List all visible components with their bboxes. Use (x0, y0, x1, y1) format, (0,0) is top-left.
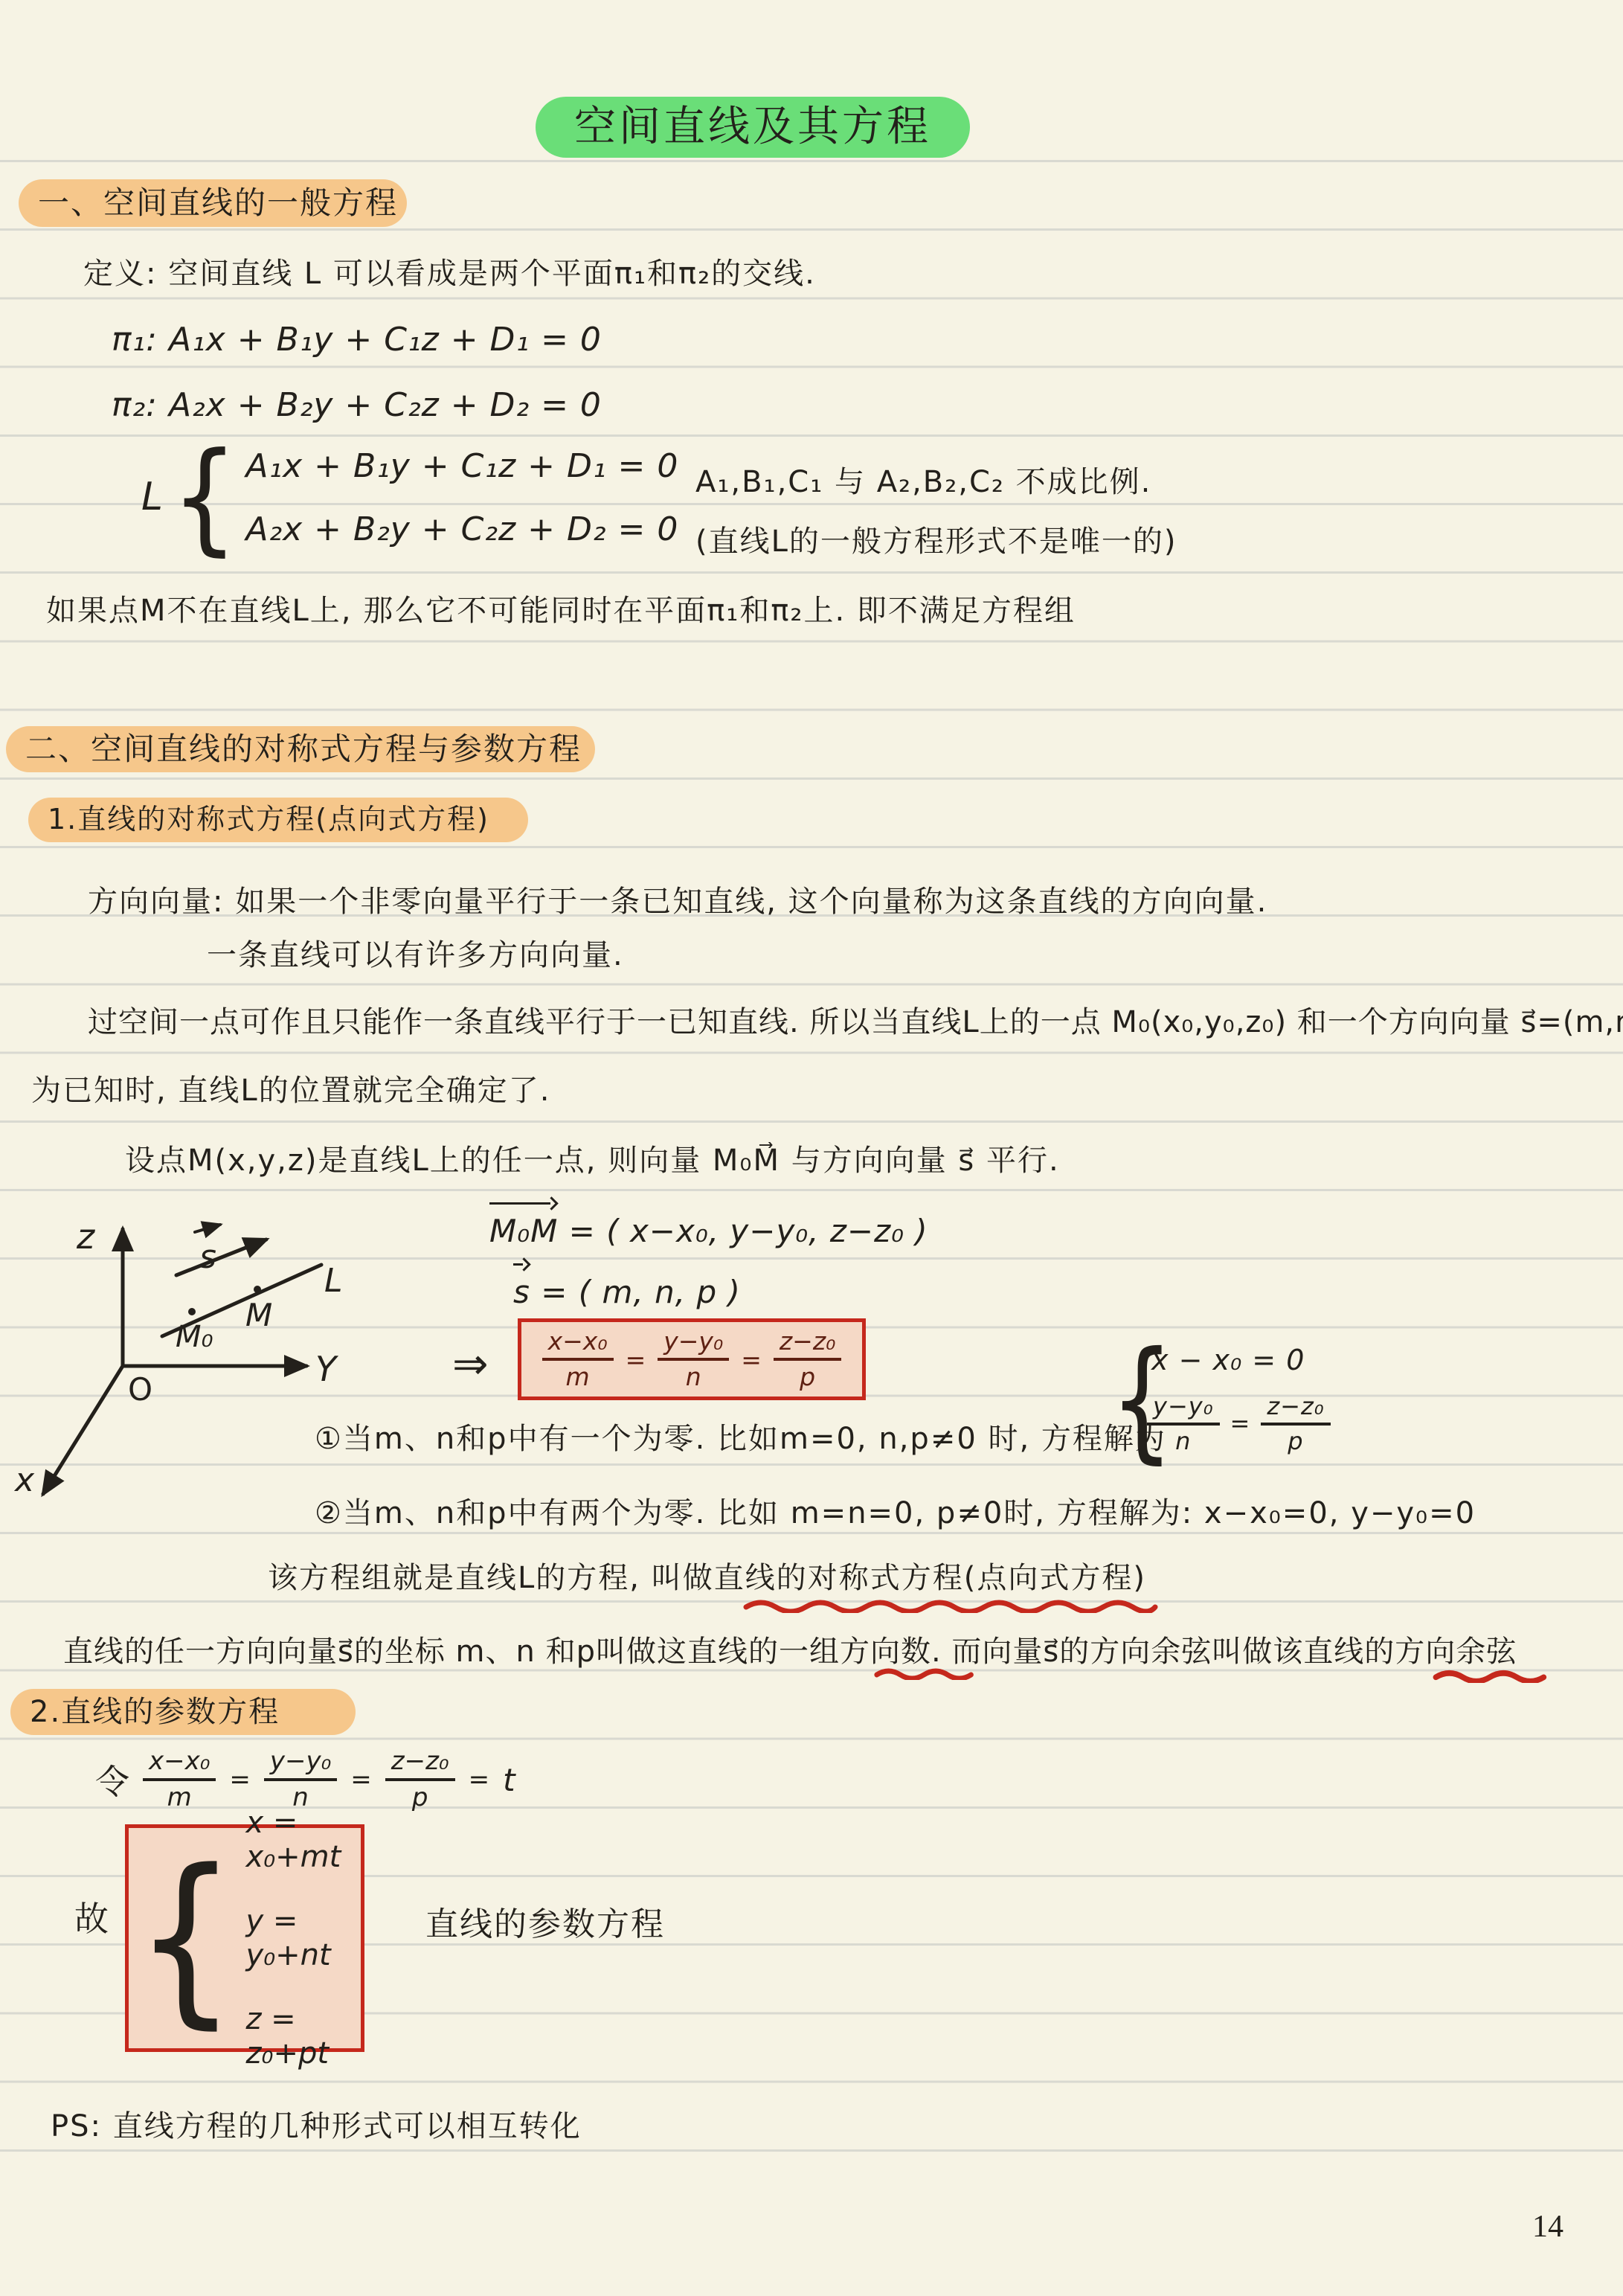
system-eq2: A₂x + B₂y + C₂z + D₂ = 0 (245, 510, 678, 548)
section2-heading-highlight: 二、空间直线的对称式方程与参数方程 (6, 726, 595, 772)
point-M0-label: M₀ (176, 1320, 213, 1354)
section1-heading-highlight: 一、空间直线的一般方程 (19, 179, 407, 227)
m0m-vector-components: = ( x−x₀, y−y₀, z−z₀ ) (569, 1213, 928, 1249)
frac-z-num: z−z₀ (774, 1327, 842, 1361)
x-axis (43, 1366, 123, 1494)
wavy-underline-dirnum (873, 1665, 977, 1680)
wavy-underline-cosine (1432, 1667, 1551, 1683)
direction-numbers-line: 直线的任一方向向量s⃗的坐标 m、n 和p叫做这直线的一组方向数. 而向量s⃗的… (63, 1632, 1517, 1671)
para-set-point: 设点M(x,y,z)是直线L上的任一点, 则向量 M₀M⃗ 与方向向量 s⃗ 平… (125, 1141, 1060, 1180)
page-number: 14 (1532, 2207, 1563, 2248)
s-vector: s (513, 1272, 530, 1313)
hence-label: 故 (74, 1897, 110, 1942)
frac-y-num: y−y₀ (658, 1327, 729, 1361)
equals-sign: = (469, 1765, 490, 1795)
implies-arrow: ⇒ (452, 1336, 490, 1392)
equals-sign: = (229, 1765, 251, 1795)
parametric-caption: 直线的参数方程 (425, 1903, 665, 1946)
parametric-brace: { (135, 1846, 237, 2030)
conclusion-line: 该方程组就是直线L的方程, 叫做直线的对称式方程(点向式方程) (268, 1559, 1146, 1597)
vector-s-arrow (176, 1240, 266, 1275)
point-M-label: M (245, 1297, 272, 1333)
axes-diagram: z s L M M₀ Y O x (0, 1190, 521, 1510)
section1-heading: 一、空间直线的一般方程 (38, 183, 398, 224)
ps-line: PS: 直线方程的几种形式可以相互转化 (51, 2107, 582, 2146)
s-vector-text: s (513, 1274, 530, 1310)
frac-y: y−y₀n (658, 1327, 729, 1391)
origin-label: O (128, 1371, 152, 1408)
plane2-equation: π₂: A₂x + B₂y + C₂z + D₂ = 0 (112, 384, 602, 426)
s-label-arrow (195, 1225, 220, 1232)
general-equation-system: L { A₁x + B₁y + C₁z + D₁ = 0 A₂x + B₂y +… (141, 445, 678, 551)
equals-sign: = (350, 1765, 372, 1795)
z-axis-label: z (76, 1216, 95, 1257)
parameter-t: t (503, 1762, 515, 1798)
case1-frac-z-num: z−z₀ (1261, 1393, 1330, 1426)
para-many-vectors: 一条直线可以有许多方向向量. (207, 936, 624, 975)
system-eq1: A₁x + B₁y + C₁z + D₁ = 0 (245, 447, 678, 485)
let-frac-z: z−z₀p (385, 1747, 455, 1812)
parametric-equations: x = x₀+mt y = y₀+nt z = z₀+pt (245, 1806, 361, 2071)
notes-page: 空间直线及其方程 一、空间直线的一般方程 定义: 空间直线 L 可以看成是两个平… (0, 0, 1623, 2296)
let-equation-line: 令 x−x₀m = y−y₀n = z−z₀p = t (95, 1747, 515, 1812)
system-brace: { (171, 437, 238, 558)
parametric-equation-box: { x = x₀+mt y = y₀+nt z = z₀+pt (125, 1824, 364, 2052)
let-frac-x-den: m (167, 1781, 192, 1812)
symmetric-equation-box: x−x₀m = y−y₀n = z−z₀p (518, 1318, 866, 1400)
definition-line: 定义: 空间直线 L 可以看成是两个平面π₁和π₂的交线. (83, 254, 816, 293)
para-through-point: 过空间一点可作且只能作一条直线平行于一已知直线. 所以当直线L上的一点 M₀(x… (88, 1003, 1623, 1042)
para-known: 为已知时, 直线L的位置就完全确定了. (31, 1071, 550, 1110)
frac-x-den: m (566, 1361, 590, 1391)
param-eq-z: z = z₀+pt (245, 2002, 361, 2071)
let-frac-x: x−x₀m (143, 1747, 216, 1812)
point-M0 (188, 1308, 196, 1315)
plane1-equation: π₁: A₁x + B₁y + C₁z + D₁ = 0 (112, 318, 602, 361)
s-vector-components: = ( m, n, p ) (541, 1274, 741, 1310)
y-axis-label: Y (315, 1349, 339, 1389)
wavy-underline-symmetric (742, 1597, 1159, 1613)
let-frac-y: y−y₀n (264, 1747, 337, 1812)
let-frac-z-num: z−z₀ (385, 1747, 455, 1781)
system-equations: A₁x + B₁y + C₁z + D₁ = 0 A₂x + B₂y + C₂z… (245, 447, 678, 548)
param-eq-x: x = x₀+mt (245, 1806, 361, 1874)
subsection2-heading-highlight: 2.直线的参数方程 (10, 1689, 356, 1735)
line-L-label: L (324, 1262, 343, 1300)
case1-line: ①当m、n和p中有一个为零. 比如m=0, n,p≠0 时, 方程解为 (315, 1420, 1166, 1458)
m0m-vector: M₀M (489, 1211, 558, 1252)
note-ratio: A₁,B₁,C₁ 与 A₂,B₂,C₂ 不成比例. (695, 463, 1151, 501)
frac-y-den: n (686, 1361, 701, 1391)
let-frac-x-num: x−x₀ (143, 1747, 216, 1781)
equals-sign: = (1230, 1408, 1251, 1440)
note-unique: (直线L的一般方程形式不是唯一的) (695, 522, 1177, 561)
subsection1-heading: 1.直线的对称式方程(点向式方程) (48, 801, 489, 838)
case1-frac-y: y−y₀n (1147, 1393, 1220, 1455)
case1-frac-z-den: p (1288, 1426, 1303, 1455)
case1-frac-y-den: n (1175, 1426, 1191, 1455)
case1-frac-equation: y−y₀n = z−z₀p (1147, 1393, 1331, 1455)
point-M (254, 1286, 261, 1293)
remark-line: 如果点M不在直线L上, 那么它不可能同时在平面π₁和π₂上. 即不满足方程组 (46, 591, 1076, 630)
param-eq-y: y = y₀+nt (245, 1904, 361, 1972)
frac-x-num: x−x₀ (542, 1327, 614, 1361)
section2-heading: 二、空间直线的对称式方程与参数方程 (25, 729, 582, 770)
para-direction-vector: 方向向量: 如果一个非零向量平行于一条已知直线, 这个向量称为这条直线的方向向量… (88, 882, 1267, 921)
frac-z: z−z₀p (774, 1327, 842, 1391)
m0m-vector-text: M₀M (489, 1213, 558, 1249)
case1-frac-y-num: y−y₀ (1147, 1393, 1220, 1426)
frac-x: x−x₀m (542, 1327, 614, 1391)
let-frac-z-den: p (412, 1781, 428, 1812)
equals-sign: = (626, 1345, 646, 1374)
s-vector-label: s (199, 1238, 216, 1276)
case2-line: ②当m、n和p中有两个为零. 比如 m=n=0, p≠0时, 方程解为: x−x… (315, 1494, 1476, 1533)
x-axis-label: x (13, 1461, 35, 1499)
page-title: 空间直线及其方程 (574, 100, 931, 155)
let-label: 令 (95, 1755, 129, 1804)
case1-frac-z: z−z₀p (1261, 1393, 1330, 1455)
case1-eq1: x − x₀ = 0 (1151, 1342, 1305, 1379)
frac-z-den: p (800, 1361, 815, 1391)
let-frac-y-num: y−y₀ (264, 1747, 337, 1781)
vec-m0m-equation: M₀M = ( x−x₀, y−y₀, z−z₀ ) (489, 1211, 928, 1252)
vec-s-equation: s = ( m, n, p ) (513, 1272, 741, 1313)
line-label: L (141, 472, 164, 523)
subsection2-heading: 2.直线的参数方程 (30, 1693, 280, 1731)
subsection1-heading-highlight: 1.直线的对称式方程(点向式方程) (28, 798, 528, 842)
equals-sign: = (741, 1345, 762, 1374)
page-title-highlight: 空间直线及其方程 (536, 97, 970, 158)
